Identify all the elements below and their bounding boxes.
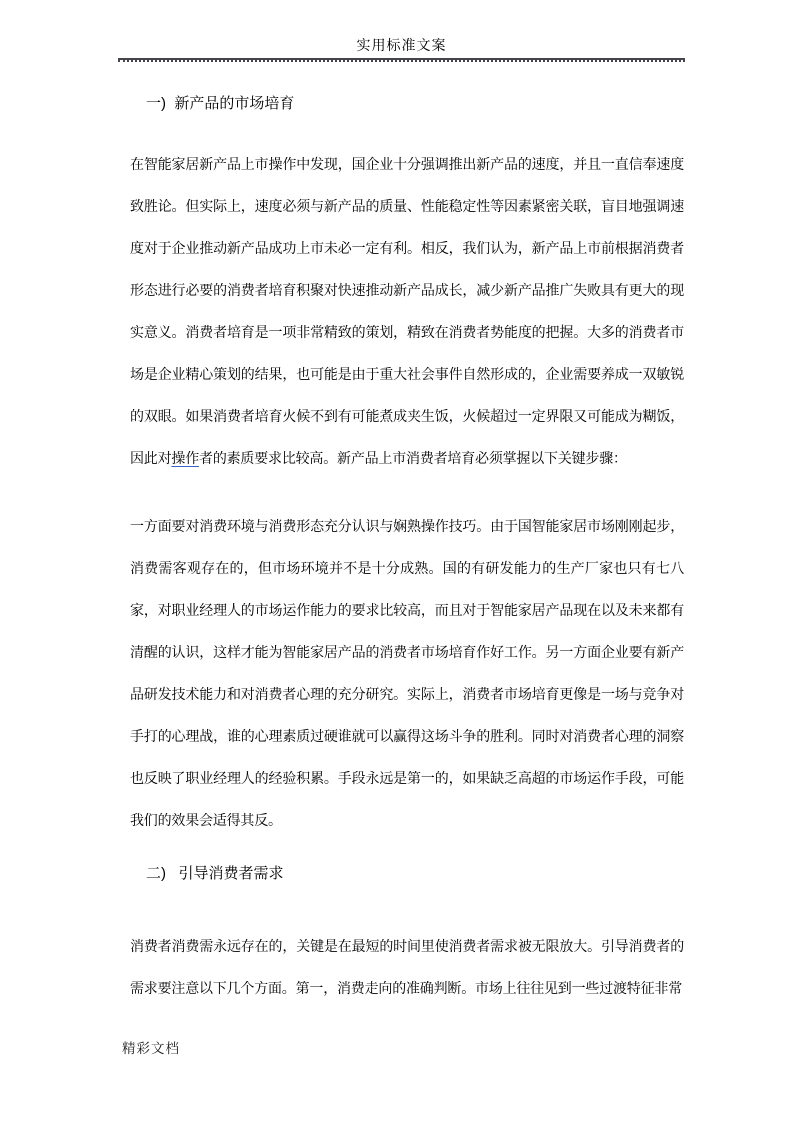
- paragraph-1: 在智能家居新产品上市操作中发现，国企业十分强调推出新产品的速度，并且一直信奉速度…: [130, 143, 684, 479]
- document-body: 一) 新产品的市场培育 在智能家居新产品上市操作中发现，国企业十分强调推出新产品…: [130, 0, 684, 1009]
- page-footer: 精彩文档: [122, 1040, 180, 1057]
- paragraph-1-text-before: 在智能家居新产品上市操作中发现，国企业十分强调推出新产品的速度，并且一直信奉速度…: [130, 156, 684, 466]
- underlined-term-link[interactable]: 操作: [171, 450, 199, 466]
- paragraph-1-text-after: 者的素质要求比较高。新产品上市消费者培育必须掌握以下关键步骤：: [199, 450, 627, 466]
- section-heading-2: 二) 引导消费者需求: [130, 865, 684, 883]
- footer-label: 精彩文档: [122, 1041, 180, 1056]
- section-heading-1: 一) 新产品的市场培育: [130, 95, 684, 113]
- paragraph-2: 一方面要对消费环境与消费形态充分认识与娴熟操作技巧。由于国智能家居市场刚刚起步，…: [130, 505, 684, 841]
- paragraph-3: 消费者消费需永远存在的，关键是在最短的时间里使消费者需求被无限放大。引导消费者的…: [130, 925, 684, 1009]
- document-page: 实用标准文案 一) 新产品的市场培育 在智能家居新产品上市操作中发现，国企业十分…: [0, 0, 804, 1137]
